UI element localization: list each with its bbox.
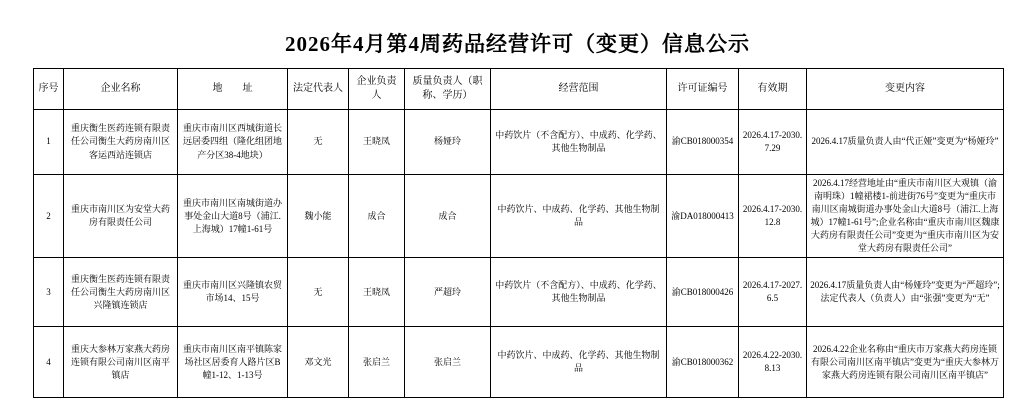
header-cell-company-manager: 企业负责人 <box>349 69 405 110</box>
cell-company-manager: 张启兰 <box>349 327 405 398</box>
cell-scope: 中药饮片（不含配方）、中成药、化学药、其他生物制品 <box>491 110 667 175</box>
header-cell-validity: 有效期 <box>739 69 807 110</box>
header-cell-seq: 序号 <box>34 69 64 110</box>
header-cell-license-no: 许可证编号 <box>667 69 739 110</box>
cell-seq: 1 <box>34 110 64 175</box>
table-header-row: 序号企业名称地 址法定代表人企业负责人质量负责人（职称、学历）经营范围许可证编号… <box>34 69 1004 110</box>
cell-change: 2026.4.22企业名称由“重庆市万家燕大药房连锁有限公司南川区南平镇店”变更… <box>807 327 1004 398</box>
cell-quality-manager: 杨娅玲 <box>405 110 491 175</box>
cell-scope: 中药饮片（不含配方）、中成药、化学药、其他生物制品 <box>491 258 667 327</box>
cell-quality-manager: 严超玲 <box>405 258 491 327</box>
cell-seq: 2 <box>34 175 64 258</box>
cell-scope: 中药饮片、中成药、化学药、其他生物制品 <box>491 327 667 398</box>
cell-license-no: 渝DA018000413 <box>667 175 739 258</box>
cell-company: 重庆市南川区为安堂大药房有限责任公司 <box>64 175 178 258</box>
cell-company: 重庆衡生医药连锁有限责任公司衡生大药房南川区客运西站连锁店 <box>64 110 178 175</box>
header-cell-legal-rep: 法定代表人 <box>288 69 349 110</box>
cell-license-no: 渝CB018000362 <box>667 327 739 398</box>
cell-address: 重庆市南川区兴隆镇农贸市场14、15号 <box>178 258 288 327</box>
notice-page: 2026年4月第4周药品经营许可（变更）信息公示 序号企业名称地 址法定代表人企… <box>0 0 1035 402</box>
cell-legal-rep: 魏小能 <box>288 175 349 258</box>
document-title: 2026年4月第4周药品经营许可（变更）信息公示 <box>0 28 1035 58</box>
cell-seq: 4 <box>34 327 64 398</box>
license-change-table: 序号企业名称地 址法定代表人企业负责人质量负责人（职称、学历）经营范围许可证编号… <box>33 68 1004 398</box>
table-row: 3重庆衡生医药连锁有限责任公司衡生大药房南川区兴隆镇连锁店重庆市南川区兴隆镇农贸… <box>34 258 1004 327</box>
cell-change: 2026.4.17质量负责人由“代正娅”变更为“杨娅玲” <box>807 110 1004 175</box>
cell-validity: 2026.4.17-2030.7.29 <box>739 110 807 175</box>
table-row: 1重庆衡生医药连锁有限责任公司衡生大药房南川区客运西站连锁店重庆市南川区西城街道… <box>34 110 1004 175</box>
cell-change: 2026.4.17质量负责人由“杨娅玲”变更为“严超玲”;法定代表人（负责人）由… <box>807 258 1004 327</box>
table-row: 2重庆市南川区为安堂大药房有限责任公司重庆市南川区南城街道办事处金山大道8号（浦… <box>34 175 1004 258</box>
cell-change: 2026.4.17经营地址由“重庆市南川区大观镇（渝南明珠）1幢裙楼1-前进街7… <box>807 175 1004 258</box>
header-cell-company: 企业名称 <box>64 69 178 110</box>
cell-legal-rep: 无 <box>288 258 349 327</box>
cell-address: 重庆市南川区西城街道长远居委四组（隆化组团地产分区38-4地块） <box>178 110 288 175</box>
cell-quality-manager: 张启兰 <box>405 327 491 398</box>
cell-company: 重庆大参林万家燕大药房连锁有限公司南川区南平镇店 <box>64 327 178 398</box>
cell-address: 重庆市南川区南城街道办事处金山大道8号（浦江.上海城）17幢1-61号 <box>178 175 288 258</box>
cell-validity: 2026.4.17-2030.12.8 <box>739 175 807 258</box>
cell-company-manager: 王晓凤 <box>349 258 405 327</box>
table-row: 4重庆大参林万家燕大药房连锁有限公司南川区南平镇店重庆市南川区南平镇陈家场社区居… <box>34 327 1004 398</box>
cell-validity: 2026.4.17-2027.6.5 <box>739 258 807 327</box>
cell-company-manager: 王晓凤 <box>349 110 405 175</box>
cell-quality-manager: 成合 <box>405 175 491 258</box>
table-body: 1重庆衡生医药连锁有限责任公司衡生大药房南川区客运西站连锁店重庆市南川区西城街道… <box>34 110 1004 398</box>
header-cell-address: 地 址 <box>178 69 288 110</box>
cell-scope: 中药饮片、中成药、化学药、其他生物制品 <box>491 175 667 258</box>
header-cell-quality-manager: 质量负责人（职称、学历） <box>405 69 491 110</box>
cell-license-no: 渝CB018000354 <box>667 110 739 175</box>
cell-validity: 2026.4.22-2030.8.13 <box>739 327 807 398</box>
cell-company: 重庆衡生医药连锁有限责任公司衡生大药房南川区兴隆镇连锁店 <box>64 258 178 327</box>
header-cell-change: 变更内容 <box>807 69 1004 110</box>
cell-company-manager: 成合 <box>349 175 405 258</box>
cell-seq: 3 <box>34 258 64 327</box>
header-cell-scope: 经营范围 <box>491 69 667 110</box>
cell-legal-rep: 邓文光 <box>288 327 349 398</box>
cell-address: 重庆市南川区南平镇陈家场社区居委育人路片区B幢1-12、1-13号 <box>178 327 288 398</box>
cell-license-no: 渝CB018000426 <box>667 258 739 327</box>
cell-legal-rep: 无 <box>288 110 349 175</box>
